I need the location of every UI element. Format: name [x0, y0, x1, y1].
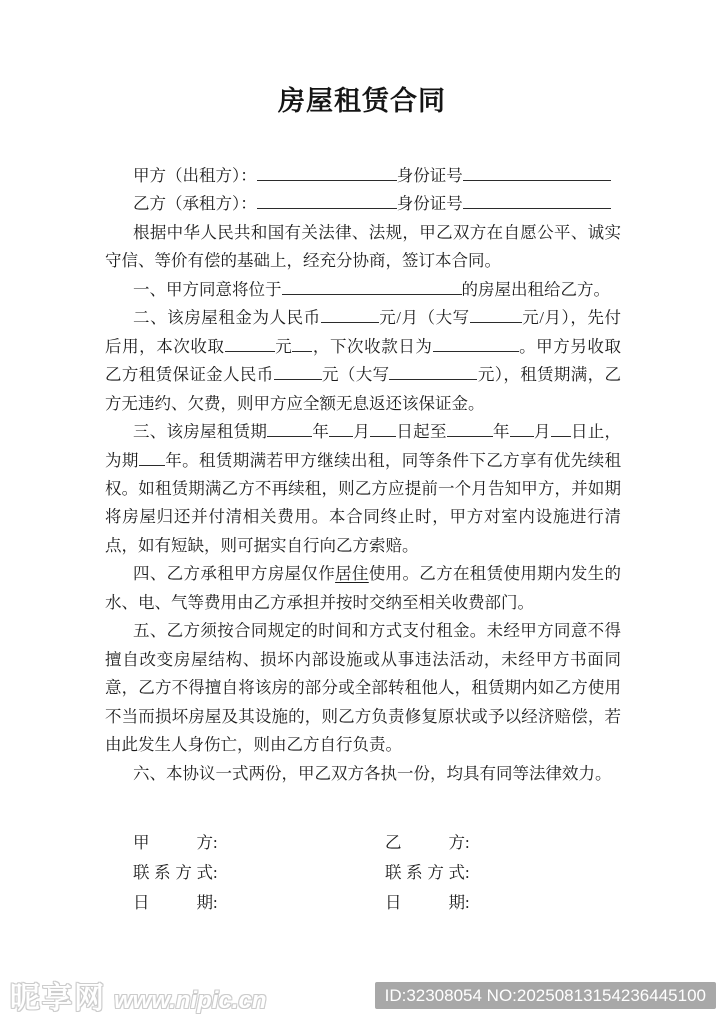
- underlined-text: 居住: [335, 564, 369, 583]
- fill-in-blank: [370, 421, 396, 437]
- fill-in-blank: [510, 421, 534, 437]
- fill-in-blank: [267, 421, 312, 437]
- fill-in-blank: [433, 336, 519, 352]
- party-a-date-row: 日期:: [133, 888, 385, 918]
- party-a-contact-label: 联系方式: [133, 858, 213, 888]
- party-b-date-label: 日期: [385, 888, 465, 918]
- fill-in-blank: [274, 364, 322, 380]
- party-a-contact-row: 联系方式:: [133, 858, 385, 888]
- party-a-line: 甲方（出租方）：身份证号: [105, 162, 621, 190]
- party-b-line: 乙方（承租方）：身份证号: [105, 190, 621, 218]
- clause-4-paragraph: 四、乙方承租甲方房屋仅作居住使用。乙方在租赁使用期内发生的水、电、气等费用由乙方…: [105, 560, 621, 617]
- site-url-text: www.nipic.cn: [114, 987, 266, 1014]
- label-colon: :: [213, 888, 218, 918]
- document-body: 甲方（出租方）：身份证号 乙方（承租方）：身份证号 根据中华人民共和国有关法律、…: [105, 162, 621, 918]
- signature-column-party-a: 甲方: 联系方式: 日期:: [133, 828, 385, 918]
- clause-5-paragraph: 五、乙方须按合同规定的时间和方式支付租金。未经甲方同意不得擅自改变房屋结构、损坏…: [105, 617, 621, 759]
- label-colon: :: [465, 858, 470, 888]
- fill-in-blank: [389, 364, 477, 380]
- fill-in-blank: [447, 421, 493, 437]
- fill-in-blank: [282, 279, 462, 295]
- fill-in-blank: [292, 336, 312, 352]
- clause-1-paragraph: 一、甲方同意将位于的房屋出租给乙方。: [105, 276, 621, 304]
- party-a-label: 甲方: [133, 828, 213, 858]
- party-a-date-label: 日期: [133, 888, 213, 918]
- fill-in-blank: [139, 450, 165, 466]
- fill-in-blank: [321, 307, 379, 323]
- party-b-contact-row: 联系方式:: [385, 858, 621, 888]
- signature-block: 甲方: 联系方式: 日期: 乙方: 联系方式: 日期:: [105, 828, 621, 918]
- party-a-name-row: 甲方:: [133, 828, 385, 858]
- contract-document-page: 房屋租赁合同 甲方（出租方）：身份证号 乙方（承租方）：身份证号 根据中华人民共…: [0, 0, 724, 1024]
- fill-in-blank: [551, 421, 571, 437]
- site-logo-text: 昵享网: [10, 982, 106, 1015]
- party-b-contact-label: 联系方式: [385, 858, 465, 888]
- fill-in-blank: [463, 165, 611, 181]
- label-colon: :: [213, 858, 218, 888]
- fill-in-blank: [225, 336, 275, 352]
- preamble-paragraph: 根据中华人民共和国有关法律、法规，甲乙双方在自愿公平、诚实守信、等价有偿的基础上…: [105, 219, 621, 276]
- label-colon: :: [465, 888, 470, 918]
- clause-3-paragraph: 三、该房屋租赁期年月日起至年月日止，为期年。租赁期满若甲方继续出租，同等条件下乙…: [105, 418, 621, 560]
- fill-in-blank: [257, 193, 397, 209]
- fill-in-blank: [257, 165, 397, 181]
- footer-watermark-bar: 昵享网www.nipic.cn ID:32308054 NO:202508131…: [0, 975, 724, 1024]
- clause-6-paragraph: 六、本协议一式两份，甲乙双方各执一份，均具有同等法律效力。: [105, 760, 621, 788]
- fill-in-blank: [329, 421, 353, 437]
- image-id-badge: ID:32308054 NO:20250813154236445100: [375, 982, 716, 1009]
- party-b-name-row: 乙方:: [385, 828, 621, 858]
- clause-2-paragraph: 二、该房屋租金为人民币元/月（大写元/月），先付后用，本次收取元，下次收款日为。…: [105, 304, 621, 418]
- label-colon: :: [213, 828, 218, 858]
- party-b-label: 乙方: [385, 828, 465, 858]
- signature-column-party-b: 乙方: 联系方式: 日期:: [385, 828, 621, 918]
- fill-in-blank: [463, 193, 611, 209]
- document-title: 房屋租赁合同: [0, 79, 724, 118]
- party-b-date-row: 日期:: [385, 888, 621, 918]
- label-colon: :: [465, 828, 470, 858]
- site-watermark: 昵享网www.nipic.cn: [10, 973, 266, 1017]
- fill-in-blank: [470, 307, 522, 323]
